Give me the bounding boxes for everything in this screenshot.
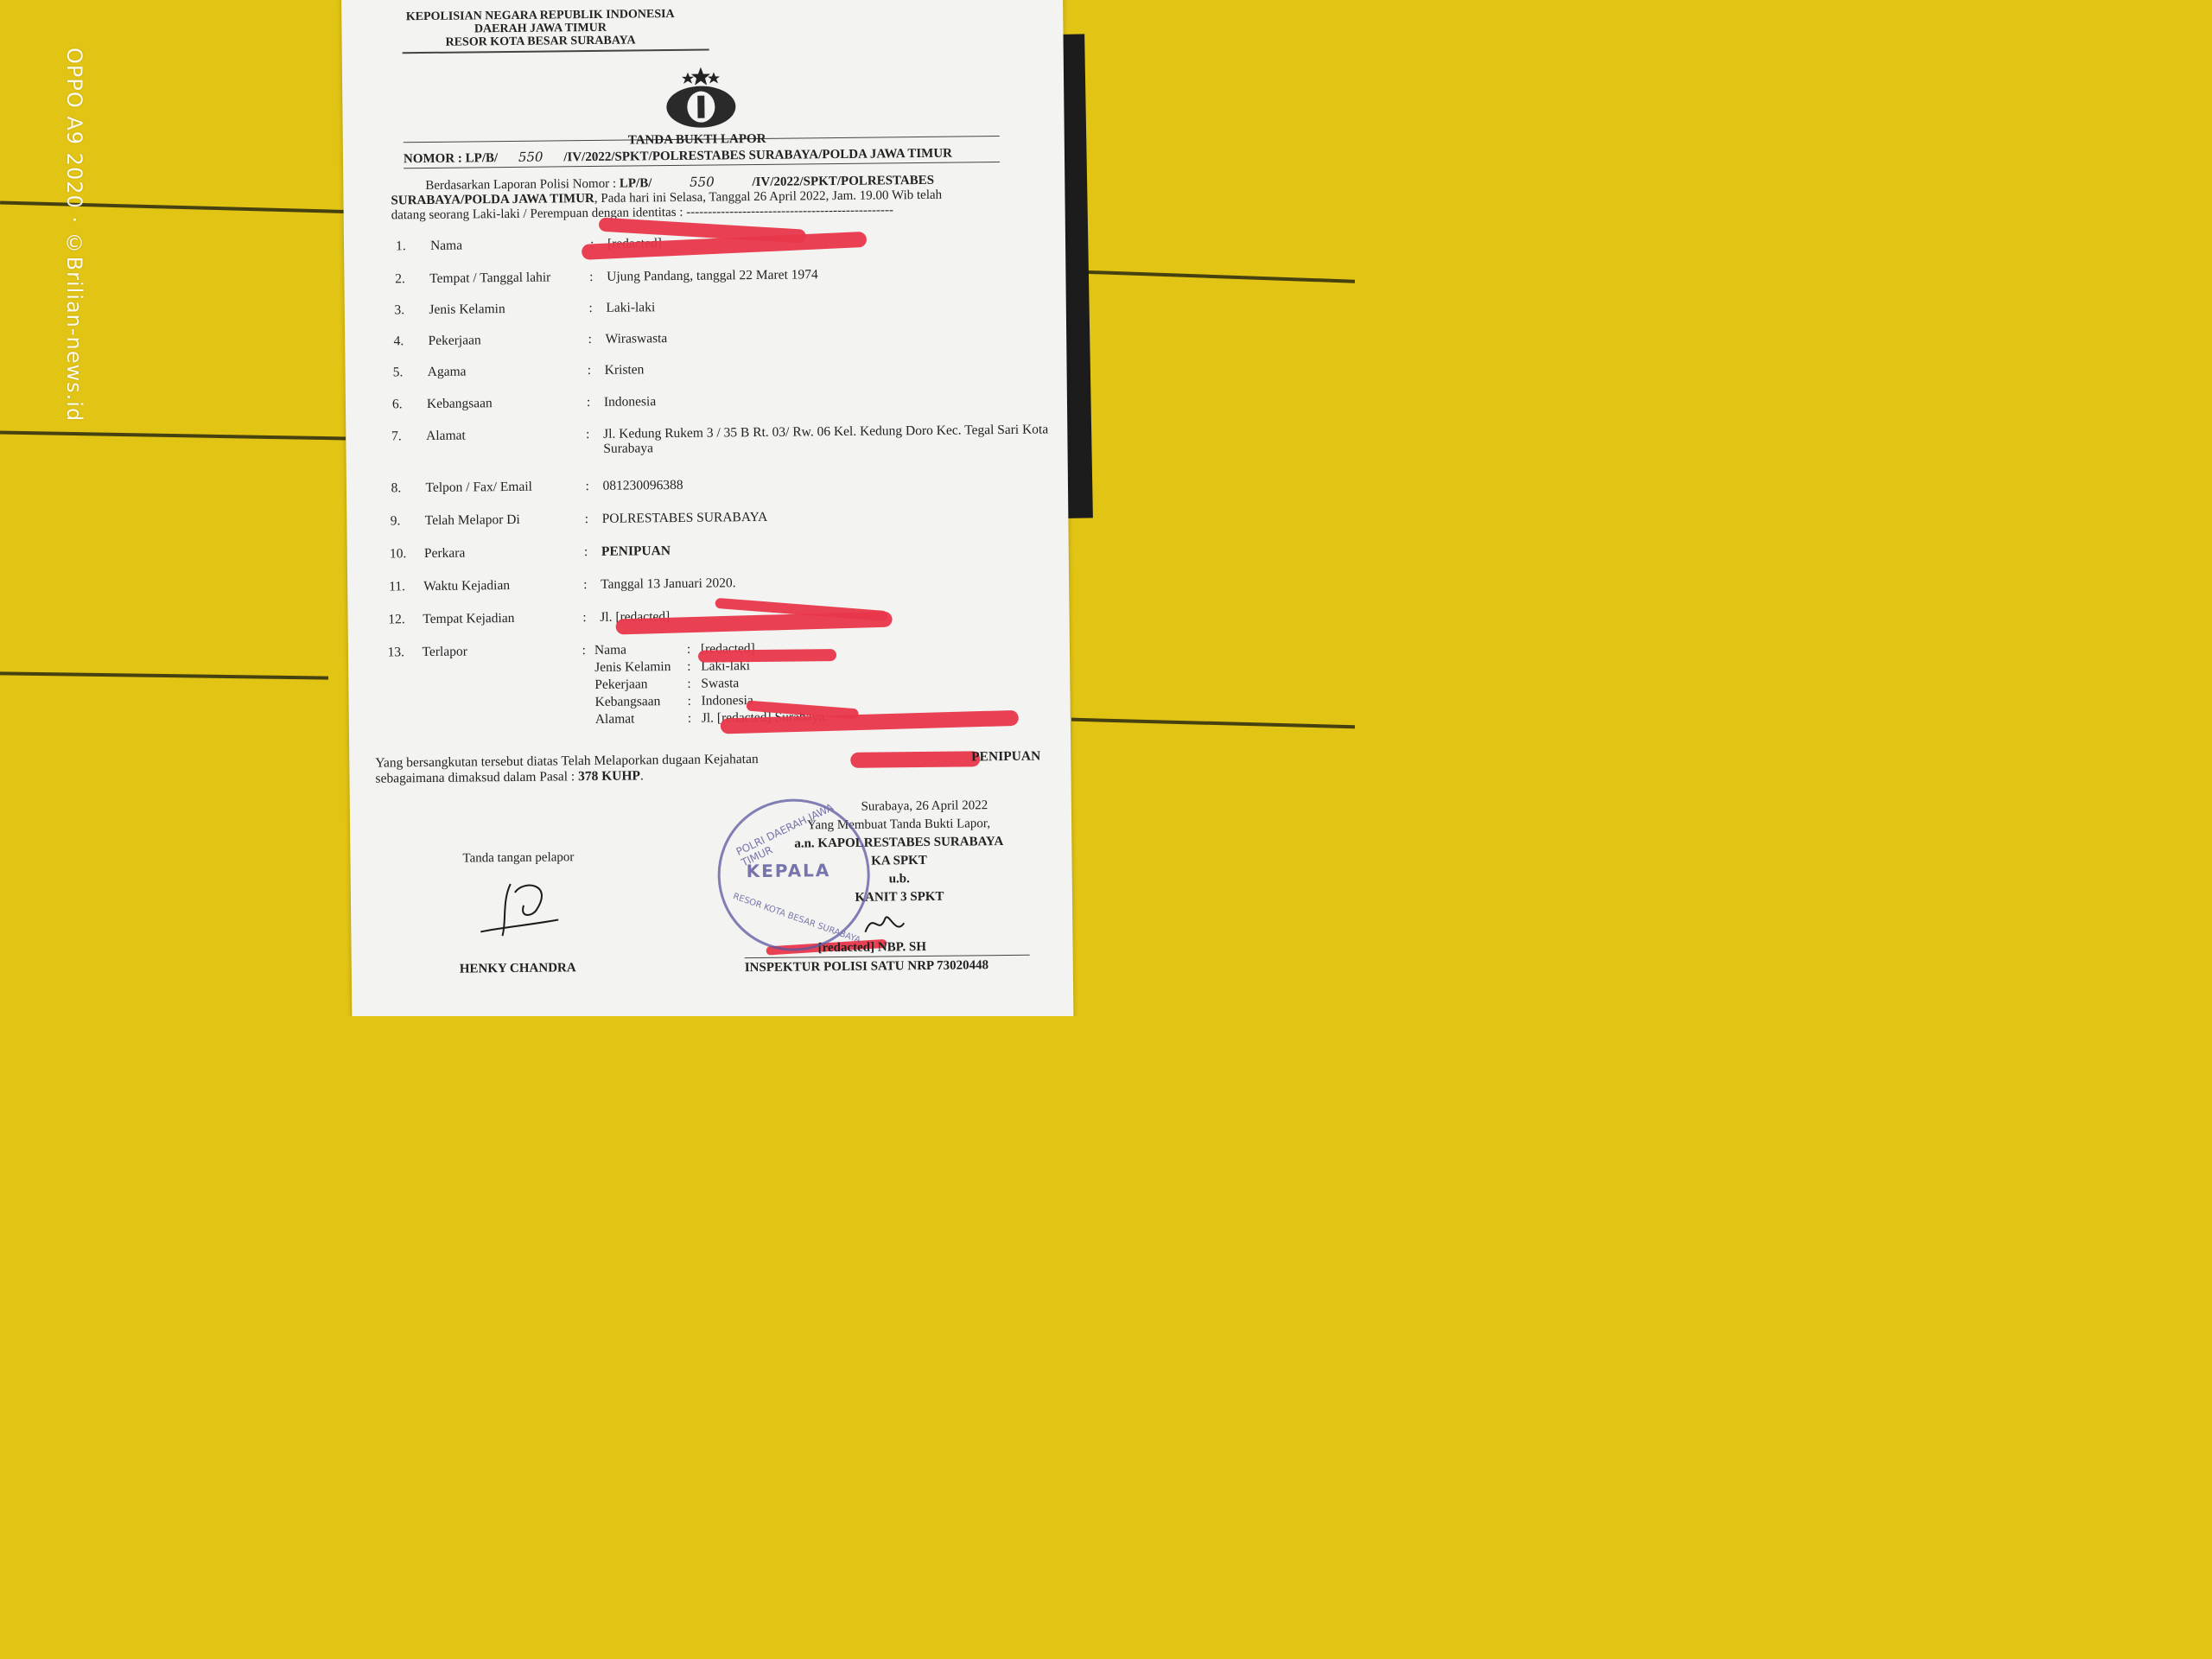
field-value: PENIPUAN <box>601 539 1051 558</box>
field-colon: : <box>585 479 589 494</box>
field-number: 7. <box>391 429 402 444</box>
field-label: Tempat / Tanggal lahir <box>429 270 550 286</box>
report-number: NOMOR : LP/B/ 550 /IV/2022/SPKT/POLRESTA… <box>404 144 1026 168</box>
field-label: Perkara <box>424 546 466 562</box>
field-value: Indonesia <box>604 390 1053 409</box>
reporter-name: HENKY CHANDRA <box>460 961 576 976</box>
field-colon: : <box>587 395 591 410</box>
stamp-top-text: POLRI DAERAH JAWA TIMUR <box>734 789 866 868</box>
table-plank-seam <box>0 671 328 679</box>
report-number-label: NOMOR : LP/B/ <box>404 151 498 166</box>
field-row: 9.Telah Melapor Di:POLRESTABES SURABAYA <box>391 506 1047 532</box>
document-title: TANDA BUKTI LAPOR <box>628 132 766 149</box>
reported-field-label: Kebangsaan <box>594 694 660 710</box>
reported-field-colon: : <box>688 711 692 727</box>
camera-watermark: OPPO A9 2020 · ©Brilian-news.id <box>62 48 86 422</box>
police-emblem-icon <box>662 65 741 130</box>
redaction-reported-name <box>698 649 836 663</box>
field-number: 12. <box>388 612 405 627</box>
field-number: 4. <box>393 334 404 349</box>
reported-field-value: Swasta <box>701 676 739 691</box>
field-colon: : <box>584 544 588 560</box>
field-value: Laki-laki <box>606 296 1055 315</box>
field-label: Nama <box>430 238 462 254</box>
field-value: Kristen <box>605 358 1054 377</box>
table-plank-seam <box>0 201 363 214</box>
letterhead: KEPOLISIAN NEGARA REPUBLIK INDONESIA DAE… <box>376 8 704 50</box>
field-number: 2. <box>395 271 405 287</box>
field-number: 1. <box>396 238 406 254</box>
reported-field-colon: : <box>687 677 691 692</box>
field-number: 8. <box>391 480 401 496</box>
reported-field-colon: : <box>687 694 691 709</box>
field-label: Telpon / Fax/ Email <box>425 480 532 496</box>
field-value: Jl. Kedung Rukem 3 / 35 B Rt. 03/ Rw. 06… <box>603 422 1052 455</box>
letterhead-line-3: RESOR KOTA BESAR SURABAYA <box>377 34 705 50</box>
field-row: 5.Agama:Kristen <box>393 358 1050 384</box>
field-label: Agama <box>428 365 467 380</box>
table-plank-seam <box>1071 718 1355 729</box>
reported-field-label: Nama <box>594 643 626 658</box>
stamp-center-text: KEPALA <box>747 860 831 881</box>
report-number-suffix: /IV/2022/SPKT/POLRESTABES SURABAYA/POLDA… <box>563 147 952 165</box>
field-row: 3.Jenis Kelamin:Laki-laki <box>394 296 1051 321</box>
official-signature <box>861 906 912 941</box>
field-number: 5. <box>393 365 404 380</box>
field-row: 10.Perkara:PENIPUAN <box>390 539 1046 565</box>
field-colon: : <box>588 363 592 378</box>
field-value: Ujung Pandang, tanggal 22 Maret 1974 <box>607 264 1056 283</box>
field-row: 6.Kebangsaan:Indonesia <box>392 390 1049 416</box>
field-row: 7.Alamat:Jl. Kedung Rukem 3 / 35 B Rt. 0… <box>391 422 1048 448</box>
field-row: 2.Tempat / Tanggal lahir:Ujung Pandang, … <box>395 264 1052 290</box>
field-colon: : <box>589 270 594 285</box>
field-label: Kebangsaan <box>427 396 493 412</box>
field-value: Wiraswasta <box>605 327 1054 346</box>
reported-field-colon: : <box>687 659 691 675</box>
field-number: 11. <box>389 579 405 594</box>
table-plank-seam <box>0 431 346 441</box>
intro-paragraph: Berdasarkan Laporan Polisi Nomor : LP/B/… <box>391 172 1014 224</box>
field-label: Telah Melapor Di <box>425 512 520 529</box>
field-label: Tempat Kejadian <box>423 611 514 627</box>
police-report-document: KEPOLISIAN NEGARA REPUBLIK INDONESIA DAE… <box>341 0 1074 1016</box>
field-number: 13. <box>387 645 404 660</box>
field-label: Waktu Kejadian <box>423 578 510 594</box>
field-colon: : <box>582 610 587 626</box>
field-value: POLRESTABES SURABAYA <box>602 506 1052 525</box>
reported-field-label: Pekerjaan <box>594 677 647 693</box>
official-rank: INSPEKTUR POLISI SATU NRP 73020448 <box>745 958 988 976</box>
field-colon: : <box>588 301 593 316</box>
field-label: Jenis Kelamin <box>429 302 505 318</box>
field-number: 10. <box>390 546 407 562</box>
letterhead-underline <box>403 49 709 54</box>
field-colon: : <box>582 643 586 658</box>
reporter-signature <box>476 874 572 940</box>
reported-field-label: Jenis Kelamin <box>594 659 671 676</box>
reported-field-label: Alamat <box>595 711 635 727</box>
reported-field-colon: : <box>687 642 691 658</box>
table-plank-seam <box>1071 270 1355 283</box>
closing-paragraph: Yang bersangkutan tersebut diatas Telah … <box>375 749 1040 787</box>
field-label: Alamat <box>426 429 466 444</box>
field-number: 9. <box>391 513 401 529</box>
field-number: 6. <box>392 397 403 412</box>
field-row: 11.Waktu Kejadian:Tanggal 13 Januari 202… <box>389 573 1046 599</box>
field-colon: : <box>586 427 590 442</box>
field-row: 4.Pekerjaan:Wiraswasta <box>393 327 1050 353</box>
official-stamp: POLRI DAERAH JAWA TIMUR KEPALA RESOR KOT… <box>717 798 871 952</box>
field-value: Tanggal 13 Januari 2020. <box>601 572 1050 591</box>
field-value <box>599 638 1048 642</box>
field-label: Pekerjaan <box>428 333 480 349</box>
field-value: 081230096388 <box>602 474 1052 493</box>
reporter-signature-caption: Tanda tangan pelapor <box>462 850 574 866</box>
field-row: 8.Telpon / Fax/ Email:081230096388 <box>391 474 1047 499</box>
stamp-bottom-text: RESOR KOTA BESAR SURABAYA <box>732 892 862 945</box>
field-label: Terlapor <box>422 645 467 661</box>
report-number-handwritten: 550 <box>518 149 543 165</box>
field-colon: : <box>585 512 589 527</box>
field-colon: : <box>588 332 592 347</box>
official-name: [redacted] NBP. SH <box>817 940 926 956</box>
field-number: 3. <box>394 302 404 318</box>
field-colon: : <box>583 577 588 593</box>
